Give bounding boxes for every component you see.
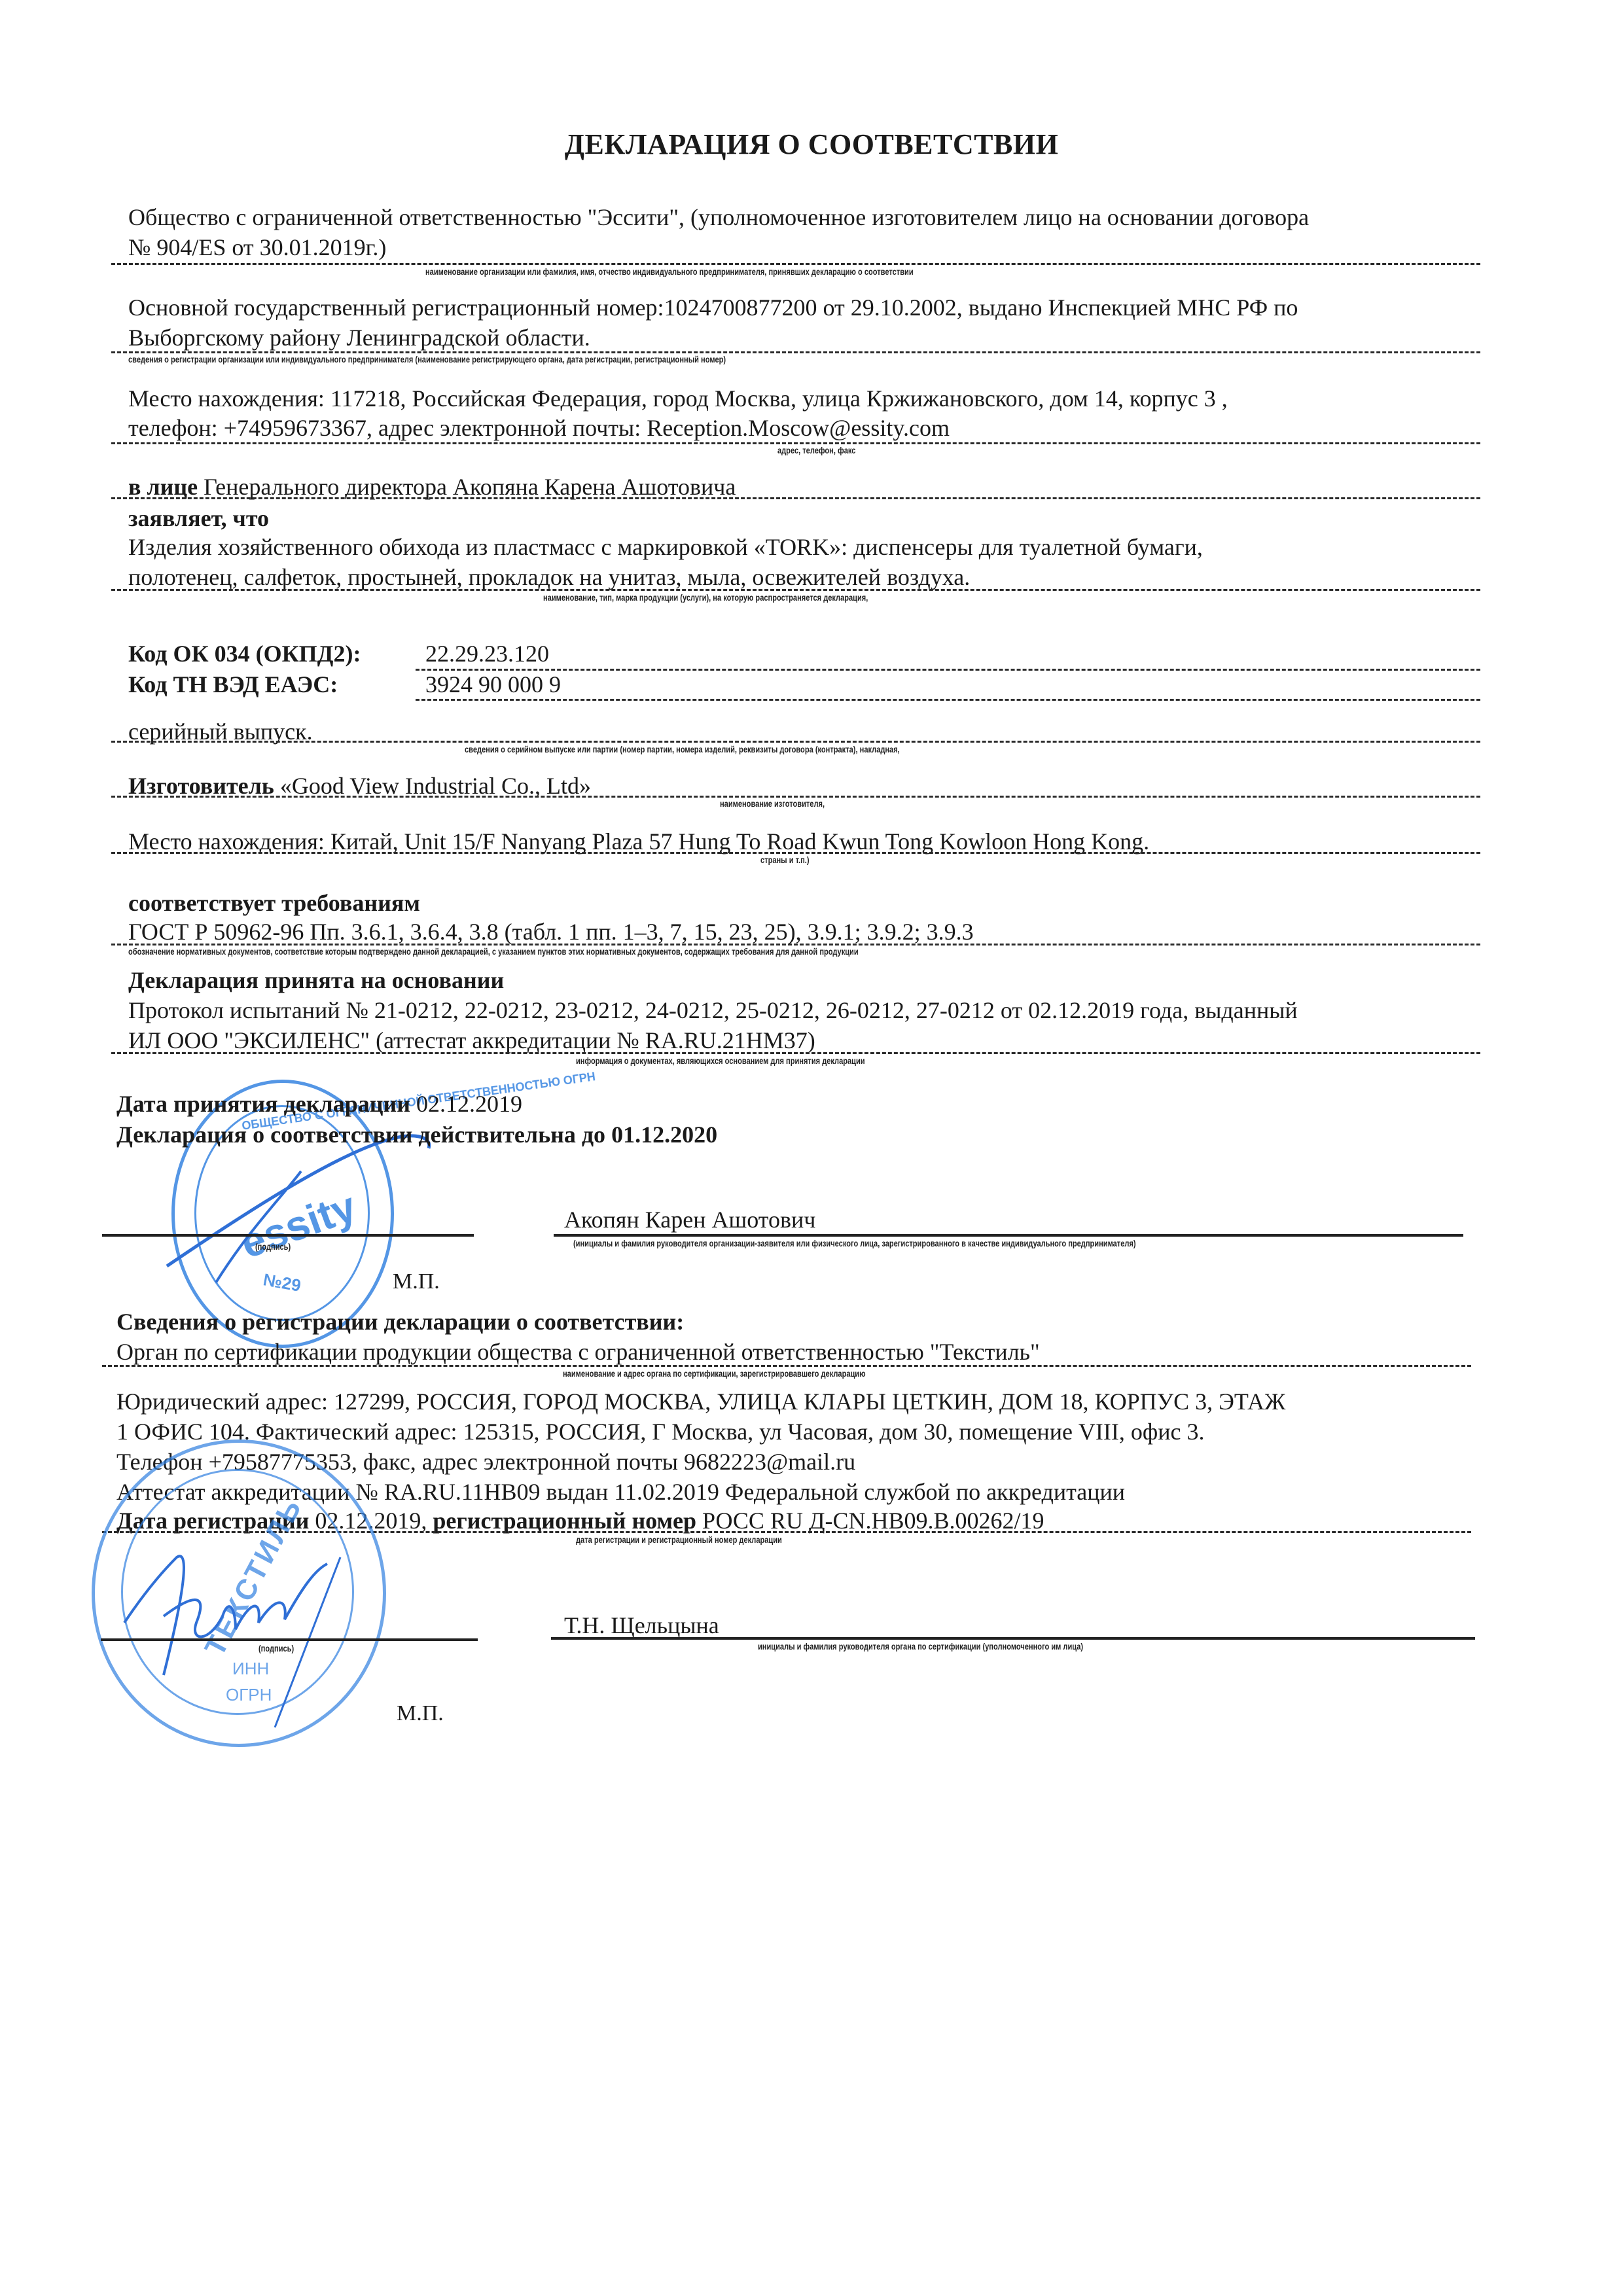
signature-caption: (подпись)	[255, 1242, 291, 1252]
applicant-signer-name: Акопян Карен Ашотович	[564, 1204, 815, 1235]
dashed-rule	[102, 1365, 1471, 1367]
registration-line-2: Выборгскому району Ленинградской области…	[128, 322, 590, 353]
accepted-date-line: Дата принятия декларации 02.12.2019	[116, 1088, 522, 1120]
name-line	[554, 1234, 1463, 1237]
okpd-label: Код ОК 034 (ОКПД2):	[128, 638, 361, 669]
certifier-seal-label: М.П.	[397, 1701, 444, 1726]
valid-until-value: 01.12.2020	[611, 1122, 717, 1148]
manufacturer-name: «Good View Industrial Co., Ltd»	[280, 773, 591, 799]
registration-number-caption: дата регистрации и регистрационный номер…	[576, 1535, 782, 1545]
applicant-caption: наименование организации или фамилия, им…	[425, 267, 914, 277]
registration-info-label: Сведения о регистрации декларации о соот…	[116, 1306, 684, 1337]
product-caption: наименование, тип, марка продукции (услу…	[543, 593, 868, 603]
signature-line	[101, 1638, 478, 1641]
stamp-ogrn: ОГРН	[226, 1685, 272, 1705]
serial-caption: сведения о серийном выпуске или партии (…	[465, 745, 900, 754]
accepted-date-label: Дата принятия декларации	[116, 1091, 410, 1117]
dashed-rule	[111, 796, 1480, 798]
accepted-date-value: 02.12.2019	[416, 1091, 522, 1117]
applicant-line-1: Общество с ограниченной ответственностью…	[128, 202, 1309, 233]
tnved-label: Код ТН ВЭД ЕАЭС:	[128, 669, 338, 700]
location-caption: адрес, телефон, факс	[777, 446, 855, 455]
dashed-rule	[111, 351, 1480, 353]
location-line-1: Место нахождения: 117218, Российская Фед…	[128, 383, 1228, 414]
manufacturer-label: Изготовитель	[128, 773, 274, 799]
dashed-rule	[416, 669, 1480, 671]
reg-number-label: регистрационный номер	[433, 1508, 696, 1534]
valid-until-label: Декларация о соответствии действительна …	[116, 1122, 605, 1148]
dashed-rule	[111, 263, 1480, 265]
dashed-rule	[111, 944, 1480, 945]
product-line-1: Изделия хозяйственного обихода из пластм…	[128, 531, 1203, 563]
certification-body: Орган по сертификации продукции общества…	[116, 1336, 1040, 1368]
requirements-label: соответствует требованиям	[128, 887, 420, 919]
dashed-rule	[111, 589, 1480, 591]
applicant-signer-caption: (инициалы и фамилия руководителя организ…	[573, 1239, 1136, 1248]
okpd-value: 22.29.23.120	[425, 638, 549, 669]
basis-line-2: ИЛ ООО "ЭКСИЛЕНС" (аттестат аккредитации…	[128, 1025, 815, 1056]
dashed-rule	[111, 497, 1480, 499]
reg-number-value: РОСС RU Д-CN.НВ09.В.00262/19	[702, 1508, 1044, 1534]
tnved-value: 3924 90 000 9	[425, 669, 561, 700]
dashed-rule	[416, 699, 1480, 701]
stamp-inn: ИНН	[232, 1659, 269, 1679]
certifier-signer-caption: инициалы и фамилия руководителя органа п…	[758, 1642, 1083, 1651]
legal-address-line-2: 1 ОФИС 104. Фактический адрес: 125315, Р…	[116, 1416, 1204, 1447]
dashed-rule	[111, 1052, 1480, 1054]
manufacturer-location-caption: страны и т.п.)	[760, 855, 810, 865]
document-title: ДЕКЛАРАЦИЯ О СООТВЕТСТВИИ	[0, 128, 1623, 161]
seal-label: М.П.	[393, 1269, 440, 1294]
requirements-caption: обозначение нормативных документов, соот…	[128, 947, 859, 957]
representative-prefix: в лице	[128, 474, 198, 500]
basis-label: Декларация принята на основании	[128, 964, 504, 996]
certifier-signature-caption: (подпись)	[259, 1644, 294, 1653]
dashed-rule	[111, 852, 1480, 854]
registration-caption: сведения о регистрации организации или и…	[128, 355, 726, 364]
location-line-2: телефон: +74959673367, адрес электронной…	[128, 412, 950, 444]
registration-line-1: Основной государственный регистрационный…	[128, 292, 1298, 323]
certification-body-caption: наименование и адрес органа по сертифика…	[563, 1369, 866, 1379]
requirements-text: ГОСТ Р 50962-96 Пп. 3.6.1, 3.6.4, 3.8 (т…	[128, 916, 974, 947]
representative-name: Генерального директора Акопяна Карена Аш…	[204, 474, 736, 500]
signature-line	[102, 1234, 474, 1237]
dashed-rule	[111, 741, 1480, 743]
manufacturer-caption: наименование изготовителя,	[720, 799, 825, 809]
product-line-2: полотенец, салфеток, простыней, прокладо…	[128, 561, 970, 593]
valid-until-line: Декларация о соответствии действительна …	[116, 1119, 717, 1150]
declares-label: заявляет, что	[128, 503, 269, 534]
certifier-signer-name: Т.Н. Щельцына	[564, 1610, 719, 1641]
dashed-rule	[111, 442, 1480, 444]
name-line	[551, 1637, 1475, 1640]
basis-caption: информация о документах, являющихся осно…	[576, 1056, 865, 1066]
textile-stamp: ТЕКСТИЛЬ ИНН ОГРН	[92, 1439, 386, 1747]
legal-address-line-1: Юридический адрес: 127299, РОССИЯ, ГОРОД…	[116, 1386, 1285, 1417]
applicant-line-2: № 904/ES от 30.01.2019г.)	[128, 232, 386, 263]
basis-line-1: Протокол испытаний № 21-0212, 22-0212, 2…	[128, 995, 1298, 1026]
